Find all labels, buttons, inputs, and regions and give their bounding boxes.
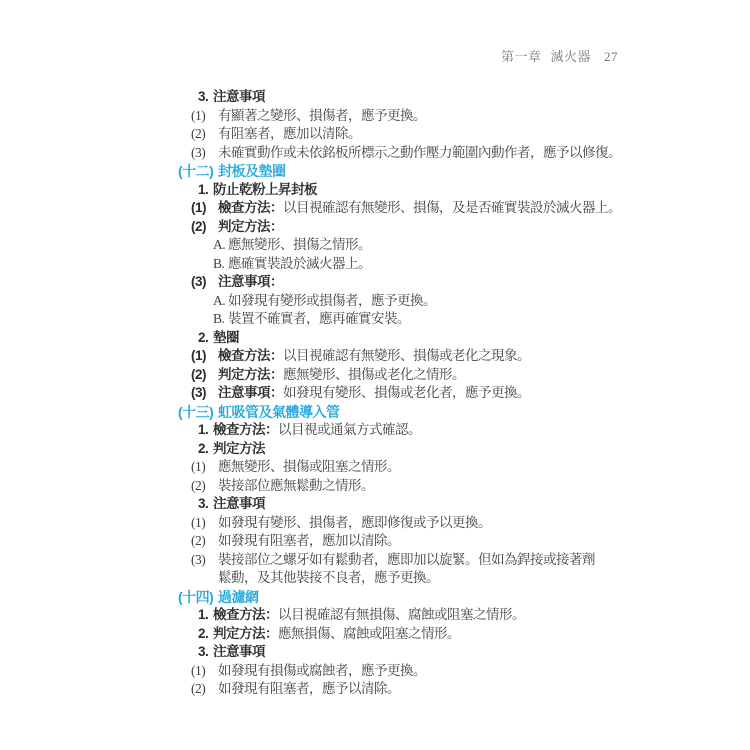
document-line: (1)如發現有損傷或腐蝕者，應予更換。: [0, 662, 750, 681]
document-line: 鬆動，及其他裝接不良者，應予更換。: [0, 569, 750, 588]
list-marker: (2): [191, 680, 218, 699]
document-body: 3.注意事項(1)有顯著之變形、損傷者，應予更換。(2)有阻塞者，應加以清除。(…: [0, 88, 750, 699]
document-line: (2)裝接部位應無鬆動之情形。: [0, 477, 750, 496]
document-line: (1)如發現有變形、損傷者，應即修復或予以更換。: [0, 514, 750, 533]
document-line: A.應無變形、損傷之情形。: [0, 236, 750, 255]
document-line: (1)應無變形、損傷或阻塞之情形。: [0, 458, 750, 477]
line-text: 裝置不確實者，應再確實安裝。: [228, 311, 410, 326]
page-number: 27: [604, 49, 618, 64]
bold-label: 注意事項: [213, 496, 265, 511]
list-marker: (1): [191, 199, 218, 218]
document-line: 3.注意事項: [0, 495, 750, 514]
line-text: 如發現有損傷或腐蝕者，應予更換。: [218, 663, 426, 678]
list-marker: B.: [213, 310, 228, 329]
document-line: 3.注意事項: [0, 88, 750, 107]
bold-label: 判定方法：: [213, 626, 278, 641]
bold-label: 判定方法：: [218, 367, 283, 382]
line-text: 裝接部位應無鬆動之情形。: [218, 478, 374, 493]
list-marker: (1): [191, 347, 218, 366]
bold-label: 虹吸管及氣體導入管: [218, 404, 340, 420]
document-line: 3.注意事項: [0, 643, 750, 662]
line-text: 應無變形、損傷或老化之情形。: [283, 367, 465, 382]
bold-label: 注意事項: [213, 644, 265, 659]
list-marker: (2): [191, 366, 218, 385]
document-line: 2.墊圈: [0, 329, 750, 348]
line-text: 應無變形、損傷或阻塞之情形。: [218, 459, 400, 474]
document-line: B.裝置不確實者，應再確實安裝。: [0, 310, 750, 329]
bold-label: 封板及墊圈: [218, 163, 286, 179]
list-marker: 2.: [198, 625, 213, 644]
document-line: (3)裝接部位之螺牙如有鬆動者，應即加以旋緊。但如為銲接或接著劑: [0, 551, 750, 570]
document-line: 2.判定方法: [0, 440, 750, 459]
line-text: 以目視確認有無變形、損傷或老化之現象。: [283, 348, 530, 363]
section-heading: (十四)過濾網: [0, 588, 750, 607]
document-line: (3)注意事項：如發現有變形、損傷或老化者，應予更換。: [0, 384, 750, 403]
line-text: 應無變形、損傷之情形。: [228, 237, 371, 252]
list-marker: A.: [213, 236, 228, 255]
document-line: (3)注意事項：: [0, 273, 750, 292]
list-marker: (2): [191, 477, 218, 496]
document-line: (1)檢查方法：以目視確認有無變形、損傷，及是否確實裝設於滅火器上。: [0, 199, 750, 218]
bold-label: 檢查方法：: [213, 607, 278, 622]
list-marker: (十二): [178, 162, 218, 181]
line-text: 未確實動作或未依銘板所標示之動作壓力範圍內動作者，應予以修復。: [218, 145, 621, 160]
list-marker: (1): [191, 662, 218, 681]
bold-label: 防止乾粉上昇封板: [213, 182, 317, 197]
document-line: 1.檢查方法：以目視確認有無損傷、腐蝕或阻塞之情形。: [0, 606, 750, 625]
list-marker: (2): [191, 532, 218, 551]
list-marker: 3.: [198, 495, 213, 514]
line-text: 有阻塞者，應加以清除。: [218, 126, 361, 141]
document-line: A.如發現有變形或損傷者，應予更換。: [0, 292, 750, 311]
list-marker: A.: [213, 292, 228, 311]
line-text: 以目視或通氣方式確認。: [278, 422, 421, 437]
chapter-title: 滅火器: [550, 49, 591, 64]
list-marker: 3.: [198, 88, 213, 107]
document-line: (1)檢查方法：以目視確認有無變形、損傷或老化之現象。: [0, 347, 750, 366]
line-text: 以目視確認有無損傷、腐蝕或阻塞之情形。: [278, 607, 525, 622]
line-text: 應無損傷、腐蝕或阻塞之情形。: [278, 626, 460, 641]
document-line: (2)有阻塞者，應加以清除。: [0, 125, 750, 144]
document-line: (2)如發現有阻塞者，應加以清除。: [0, 532, 750, 551]
list-marker: 3.: [198, 643, 213, 662]
list-marker: B.: [213, 255, 228, 274]
list-marker: (3): [191, 551, 218, 570]
line-text: 如發現有變形或損傷者，應予更換。: [228, 293, 436, 308]
chapter-label: 第一章: [501, 49, 542, 64]
line-text: 如發現有阻塞者，應予以清除。: [218, 681, 400, 696]
list-marker: (3): [191, 384, 218, 403]
line-text: 裝接部位之螺牙如有鬆動者，應即加以旋緊。但如為銲接或接著劑: [218, 552, 595, 567]
list-marker: (3): [191, 144, 218, 163]
list-marker: (2): [191, 125, 218, 144]
list-marker: 1.: [198, 421, 213, 440]
document-line: (2)判定方法：: [0, 218, 750, 237]
document-line: 2.判定方法：應無損傷、腐蝕或阻塞之情形。: [0, 625, 750, 644]
line-text: 以目視確認有無變形、損傷，及是否確實裝設於滅火器上。: [283, 200, 621, 215]
line-text: 如發現有變形、損傷者，應即修復或予以更換。: [218, 515, 491, 530]
bold-label: 判定方法: [213, 441, 265, 456]
bold-label: 檢查方法：: [218, 348, 283, 363]
bold-label: 注意事項：: [218, 274, 283, 289]
document-line: (3)未確實動作或未依銘板所標示之動作壓力範圍內動作者，應予以修復。: [0, 144, 750, 163]
document-line: 1.檢查方法：以目視或通氣方式確認。: [0, 421, 750, 440]
line-text: 如發現有變形、損傷或老化者，應予更換。: [283, 385, 530, 400]
list-marker: 1.: [198, 181, 213, 200]
list-marker: 2.: [198, 440, 213, 459]
list-marker: (1): [191, 514, 218, 533]
list-marker: (1): [191, 458, 218, 477]
list-marker: 2.: [198, 329, 213, 348]
bold-label: 注意事項：: [218, 385, 283, 400]
bold-label: 檢查方法：: [218, 200, 283, 215]
document-line: (2)如發現有阻塞者，應予以清除。: [0, 680, 750, 699]
list-marker: 1.: [198, 606, 213, 625]
list-marker: (1): [191, 107, 218, 126]
section-heading: (十二)封板及墊圈: [0, 162, 750, 181]
bold-label: 墊圈: [213, 330, 239, 345]
list-marker: (2): [191, 218, 218, 237]
bold-label: 檢查方法：: [213, 422, 278, 437]
list-marker: (十四): [178, 588, 218, 607]
list-marker: (十三): [178, 403, 218, 422]
line-text: 應確實裝設於滅火器上。: [228, 256, 371, 271]
section-heading: (十三)虹吸管及氣體導入管: [0, 403, 750, 422]
line-text: 鬆動，及其他裝接不良者，應予更換。: [218, 570, 439, 585]
bold-label: 判定方法：: [218, 219, 283, 234]
line-text: 如發現有阻塞者，應加以清除。: [218, 533, 400, 548]
scanned-book-page: { "colors": { "section_heading": "#29a8d…: [0, 0, 750, 750]
document-line: (1)有顯著之變形、損傷者，應予更換。: [0, 107, 750, 126]
page-header: 第一章滅火器27: [501, 46, 618, 65]
document-line: (2)判定方法：應無變形、損傷或老化之情形。: [0, 366, 750, 385]
bold-label: 過濾網: [218, 589, 259, 605]
list-marker: (3): [191, 273, 218, 292]
line-text: 有顯著之變形、損傷者，應予更換。: [218, 108, 426, 123]
document-line: B.應確實裝設於滅火器上。: [0, 255, 750, 274]
bold-label: 注意事項: [213, 89, 265, 104]
document-line: 1.防止乾粉上昇封板: [0, 181, 750, 200]
